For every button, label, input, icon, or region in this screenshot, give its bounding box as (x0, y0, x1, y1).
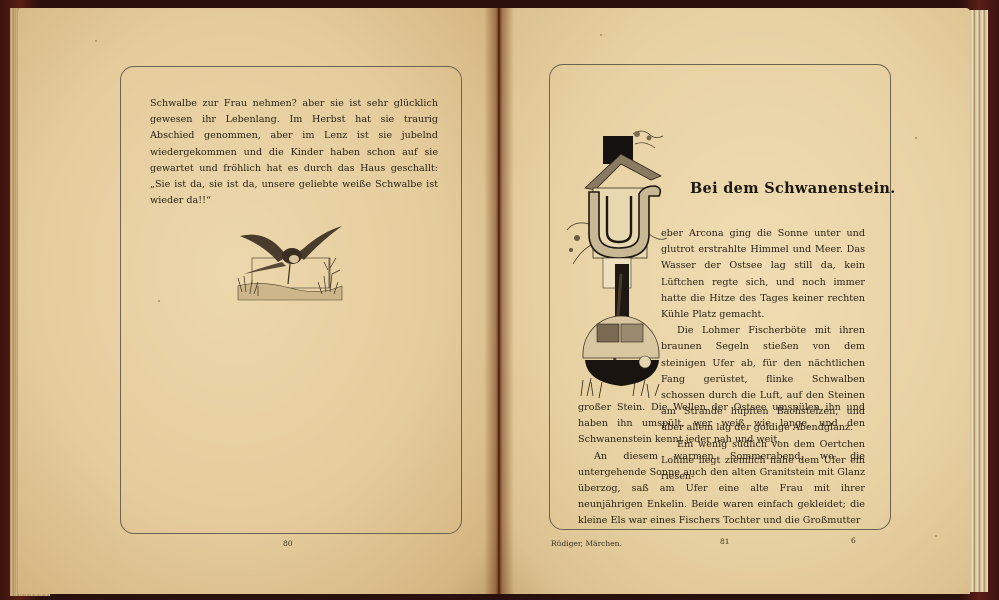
swallow-illustration-icon (230, 222, 350, 306)
paper-speck (915, 137, 917, 139)
right-page-text-full-width: großer Stein. Die Wellen der Ostsee umsp… (578, 400, 865, 530)
decorated-initial-u-icon (563, 124, 673, 400)
paper-speck (158, 300, 160, 302)
left-paragraph: Schwalbe zur Frau nehmen? aber sie ist s… (150, 96, 438, 209)
book-gutter (484, 8, 514, 594)
paper-speck (600, 34, 602, 36)
left-page-number: 80 (283, 539, 293, 548)
signature-mark: 6 (851, 536, 856, 545)
paper-speck (95, 40, 97, 42)
running-title: Rüdiger, Märchen. (551, 539, 622, 548)
paper-speck (935, 535, 937, 537)
paragraph-1: eber Arcona ging die Sonne unter und glu… (661, 226, 865, 323)
paragraph-3-continued: großer Stein. Die Wellen der Ostsee umsp… (578, 400, 865, 449)
chapter-title: Bei dem Schwanenstein. (690, 180, 896, 197)
right-page-number: 81 (720, 537, 730, 546)
left-page-text: Schwalbe zur Frau nehmen? aber sie ist s… (150, 96, 438, 209)
paragraph-4: An diesem warmen Sommerabend, wo die unt… (578, 449, 865, 530)
